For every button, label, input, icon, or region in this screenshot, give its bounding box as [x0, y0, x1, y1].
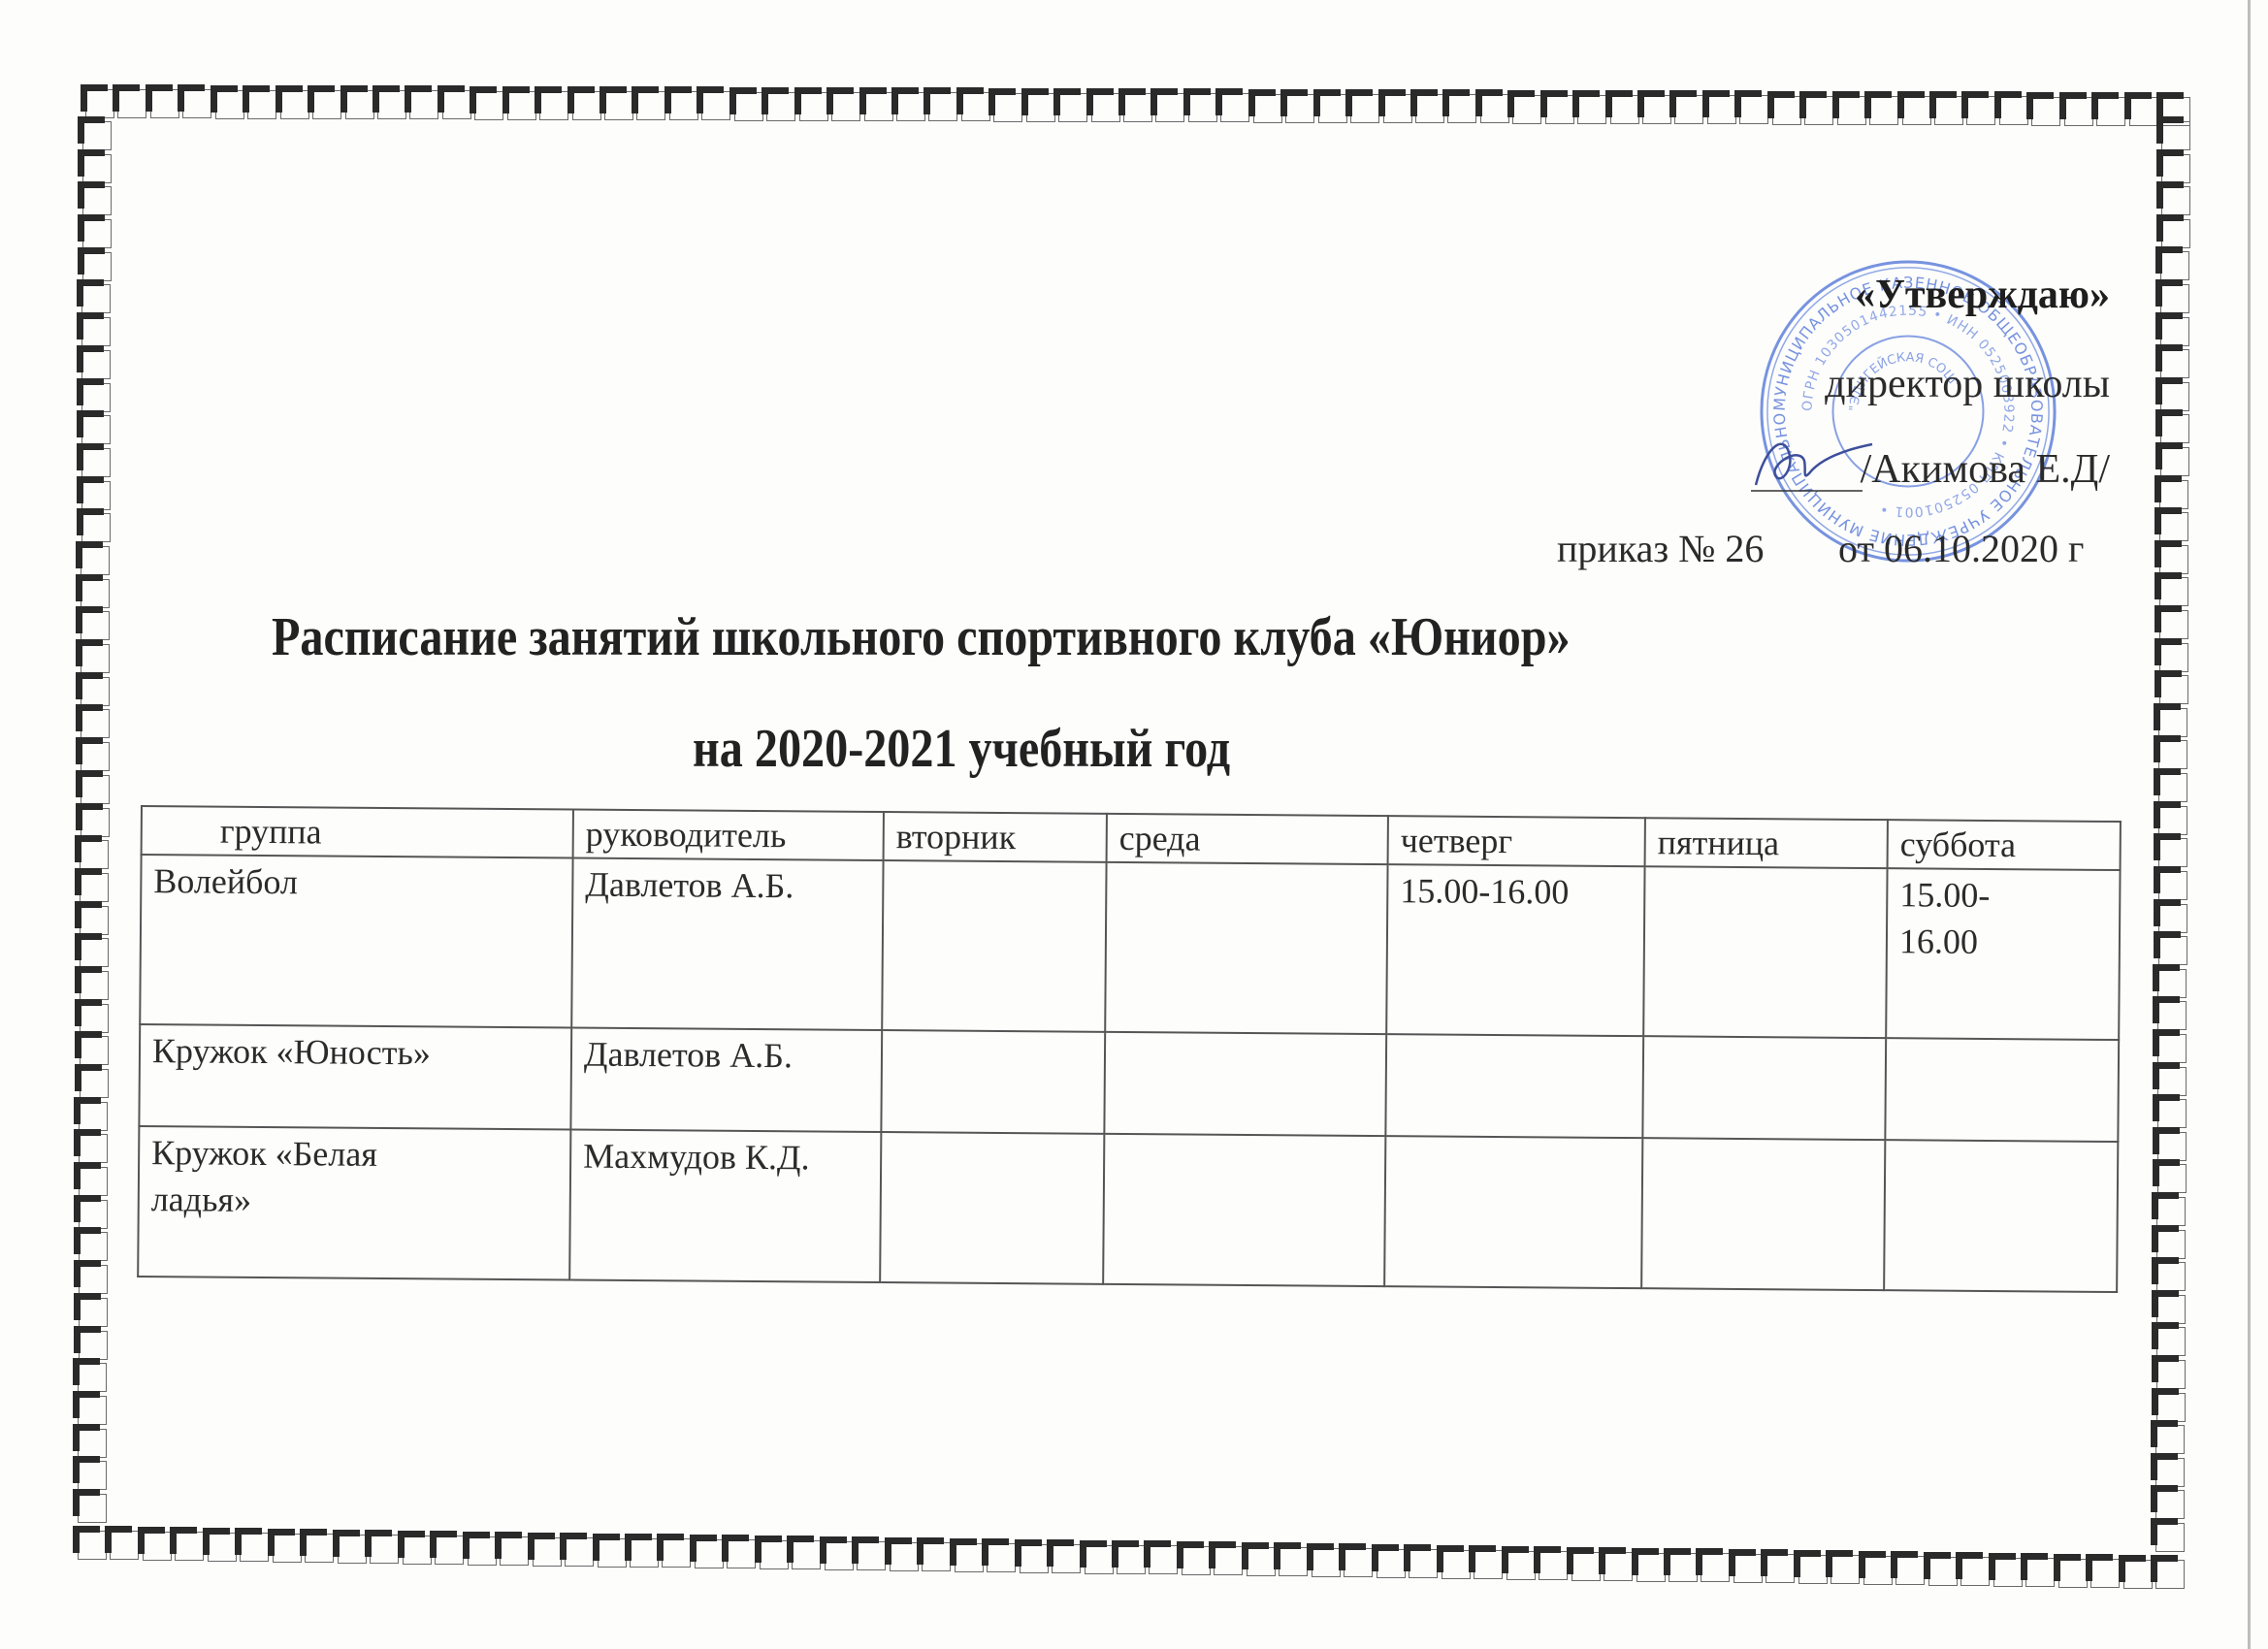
border-box [81, 742, 110, 771]
border-box [1123, 93, 1152, 122]
border-box [370, 1535, 399, 1564]
border-box [922, 1542, 951, 1571]
border-box [79, 1298, 108, 1327]
border-box [2160, 251, 2189, 280]
border-box [1312, 1548, 1341, 1577]
border-box [80, 1036, 109, 1065]
border-box [1669, 1553, 1698, 1582]
border-box [81, 317, 111, 346]
border-box [435, 1536, 464, 1565]
border-box [143, 1532, 172, 1561]
border-box [1707, 95, 1736, 124]
border-box [604, 91, 633, 120]
border-box [110, 1531, 139, 1560]
border-box [81, 383, 111, 412]
border-box [1220, 93, 1249, 122]
border-box [78, 1494, 107, 1523]
cell-tuesday [880, 1132, 1104, 1284]
border-box [403, 1536, 432, 1565]
cell-tuesday [881, 1030, 1105, 1134]
border-box [82, 121, 112, 150]
border-box [81, 284, 111, 313]
header-group: группа [142, 806, 573, 857]
border-box [2090, 1559, 2120, 1588]
border-box [81, 350, 111, 379]
approver-name: /Акимова Е.Д/ [1861, 446, 2110, 493]
border-box [2161, 186, 2190, 215]
border-box [760, 1540, 789, 1569]
border-box [2158, 708, 2187, 737]
border-box [1999, 96, 2028, 125]
cell-thursday: 15.00-16.00 [1386, 864, 1644, 1036]
border-box [2156, 1327, 2186, 1356]
border-box [727, 1539, 756, 1568]
border-box [1020, 1544, 1049, 1573]
approval-title: «Утверждаю» [1855, 272, 2110, 318]
border-box [1733, 1554, 1763, 1583]
border-box [182, 89, 211, 118]
border-box [1214, 1546, 1243, 1575]
border-box [1739, 95, 1768, 124]
border-box [81, 775, 110, 804]
border-box [1279, 1547, 1308, 1576]
border-box [500, 1536, 529, 1566]
border-box [1377, 1549, 1406, 1578]
border-box [280, 90, 309, 119]
border-box [662, 1538, 691, 1568]
border-box [81, 579, 110, 608]
border-box [78, 1461, 107, 1490]
border-box [1182, 1546, 1211, 1575]
border-box [81, 546, 110, 575]
border-box [831, 92, 860, 121]
border-box [1253, 94, 1282, 123]
border-box [82, 252, 112, 281]
border-box [2160, 447, 2189, 476]
border-box [2161, 121, 2190, 150]
border-box [1085, 1545, 1114, 1574]
border-box [80, 906, 109, 935]
border-box [82, 219, 112, 248]
border-box [701, 91, 730, 120]
border-box [792, 1540, 821, 1569]
schedule-table: группа руководитель вторник среда четвер… [137, 805, 2122, 1293]
border-box [799, 92, 828, 121]
border-box [630, 1538, 659, 1568]
border-box [409, 90, 438, 119]
border-box [2161, 219, 2190, 248]
border-box [2159, 577, 2188, 606]
border-box [78, 1396, 107, 1425]
border-box [240, 1533, 269, 1562]
header-tuesday: вторник [884, 812, 1107, 862]
border-box [208, 1533, 237, 1562]
cell-saturday: 15.00- 16.00 [1886, 868, 2120, 1040]
border-box [1610, 95, 1639, 124]
border-box [987, 1543, 1016, 1572]
page-edge [2248, 0, 2251, 1649]
border-box [1447, 94, 1476, 123]
border-box [890, 1542, 919, 1571]
cell-friday [1641, 1138, 1885, 1290]
border-box [1512, 95, 1541, 124]
border-box [1934, 96, 1963, 125]
border-box [2158, 904, 2187, 933]
header-leader: руководитель [573, 810, 884, 861]
cell-group: Кружок «Белая ладья» [138, 1126, 570, 1279]
cell-group: Волейбол [140, 855, 572, 1027]
border-box [1155, 93, 1184, 122]
border-box [2160, 284, 2189, 313]
border-box [825, 1541, 854, 1570]
border-box [864, 92, 893, 121]
cell-group: Кружок «Юность» [139, 1024, 571, 1129]
cell-wednesday [1105, 862, 1387, 1034]
border-box [533, 1537, 562, 1567]
border-box [734, 92, 763, 121]
border-box [81, 709, 110, 738]
cell-thursday [1384, 1136, 1642, 1288]
border-box [1247, 1547, 1276, 1576]
table-row: Кружок «Юность» Давлетов А.Б. [139, 1024, 2119, 1142]
border-box [474, 91, 503, 120]
border-box [1798, 1555, 1828, 1584]
border-box [1117, 1545, 1146, 1574]
order-date: от 06.10.2020 г [1838, 526, 2084, 571]
border-box [80, 938, 109, 967]
border-box [2155, 1490, 2185, 1519]
border-box [2156, 1393, 2186, 1422]
border-box [2157, 1132, 2187, 1161]
border-box [1474, 1550, 1503, 1579]
border-box [150, 89, 179, 118]
border-box [80, 840, 109, 869]
border-box [1507, 1551, 1536, 1580]
border-box [79, 1265, 108, 1294]
order-number: приказ № 26 [1557, 526, 1764, 571]
border-box [2157, 1001, 2187, 1030]
border-box [81, 644, 110, 673]
border-box [1409, 1549, 1438, 1578]
border-box [1837, 96, 1866, 125]
border-box [78, 1363, 107, 1392]
border-box [598, 1538, 627, 1568]
table-row: Волейбол Давлетов А.Б. 15.00-16.00 15.00… [140, 855, 2120, 1040]
border-box [81, 611, 110, 640]
border-box [1960, 1557, 1990, 1586]
border-box [82, 154, 112, 183]
border-box [1604, 1552, 1633, 1581]
border-box [312, 90, 341, 119]
border-box [1804, 96, 1833, 125]
border-box [1188, 93, 1217, 122]
border-box [442, 90, 471, 119]
border-box [1571, 1552, 1601, 1581]
border-box [1442, 1550, 1471, 1579]
border-box [2157, 1164, 2187, 1193]
border-box [81, 808, 110, 837]
border-box [961, 92, 990, 121]
border-box [2160, 382, 2189, 411]
border-box [2158, 838, 2187, 867]
border-box [1350, 94, 1379, 123]
border-box [539, 91, 568, 120]
cell-tuesday [882, 860, 1106, 1032]
border-box [955, 1543, 984, 1572]
cell-saturday [1885, 1038, 2119, 1142]
border-box [1701, 1553, 1730, 1582]
border-box [1902, 96, 1931, 125]
border-box [2156, 1360, 2186, 1389]
border-box [1318, 94, 1347, 123]
cell-thursday [1385, 1034, 1643, 1138]
border-box [81, 448, 111, 477]
approver-role: директор школы [1825, 361, 2110, 407]
border-box [81, 677, 110, 706]
border-box [175, 1532, 204, 1561]
border-box [2129, 97, 2158, 126]
border-box [82, 186, 112, 215]
border-box [896, 92, 925, 121]
border-box [1052, 1544, 1081, 1573]
border-box [2157, 1099, 2187, 1128]
border-box [345, 90, 374, 119]
border-box [2158, 773, 2187, 802]
cell-friday [1643, 866, 1887, 1038]
border-box [468, 1536, 497, 1566]
border-box [2031, 97, 2060, 126]
border-box [1026, 93, 1055, 122]
border-box [2159, 512, 2188, 541]
cell-leader: Махмудов К.Д. [569, 1129, 881, 1282]
border-box [2158, 806, 2187, 835]
border-box [2160, 414, 2189, 443]
border-box [2161, 154, 2190, 183]
border-box [1545, 95, 1574, 124]
document-title: Расписание занятий школьного спортивного… [272, 606, 1571, 668]
border-box [993, 93, 1022, 122]
border-box [2158, 871, 2187, 900]
border-box [78, 1531, 107, 1560]
border-box [1869, 96, 1898, 125]
border-box [2159, 545, 2188, 574]
header-friday: пятница [1645, 818, 1888, 868]
border-box [2155, 1458, 2185, 1487]
document-subtitle: на 2020-2021 учебный год [693, 718, 1230, 780]
border-box [669, 91, 698, 120]
border-box [80, 873, 109, 902]
border-box [2156, 1262, 2186, 1291]
border-box [572, 91, 601, 120]
border-box [2155, 1523, 2185, 1552]
border-box [80, 971, 109, 1000]
border-box [2160, 317, 2189, 346]
border-box [2156, 1230, 2186, 1259]
border-box [215, 90, 244, 119]
border-box [2158, 936, 2187, 965]
cell-leader: Давлетов А.Б. [570, 1027, 882, 1132]
border-box [1766, 1554, 1795, 1583]
border-box [1058, 93, 1087, 122]
border-box [1674, 95, 1703, 124]
border-box [79, 1232, 108, 1261]
border-box [1577, 95, 1606, 124]
cell-wednesday [1104, 1032, 1386, 1136]
border-box [78, 1429, 107, 1458]
border-box [1149, 1545, 1178, 1574]
border-box [2157, 969, 2187, 998]
border-box [1480, 94, 1509, 123]
cell-friday [1642, 1036, 1886, 1140]
border-box [695, 1539, 724, 1568]
cell-saturday [1884, 1140, 2118, 1292]
border-box [79, 1331, 108, 1360]
header-wednesday: среда [1107, 814, 1388, 864]
border-box [1863, 1556, 1893, 1585]
border-box [273, 1534, 302, 1563]
border-box [338, 1535, 367, 1564]
border-box [81, 415, 111, 444]
border-box [80, 1069, 109, 1098]
border-box [81, 513, 111, 542]
border-box [565, 1537, 594, 1567]
border-box [1415, 94, 1444, 123]
border-box [2123, 1560, 2153, 1589]
cell-leader: Давлетов А.Б. [571, 858, 883, 1031]
border-box [2025, 1558, 2055, 1587]
border-box [507, 91, 536, 120]
border-box [79, 1134, 108, 1163]
border-box [79, 1200, 108, 1229]
border-box [1344, 1548, 1373, 1577]
border-box [80, 1004, 109, 1033]
border-box [2058, 1559, 2088, 1588]
border-box [2159, 643, 2188, 672]
border-box [2157, 1034, 2187, 1063]
border-box [2159, 610, 2188, 639]
border-box [857, 1541, 886, 1570]
border-box [2096, 97, 2125, 126]
border-box [2156, 1197, 2186, 1226]
border-box [1993, 1558, 2023, 1587]
border-box [1285, 94, 1314, 123]
border-box [85, 89, 114, 118]
cell-wednesday [1103, 1134, 1385, 1286]
border-box [766, 92, 795, 121]
border-box [2160, 349, 2189, 378]
border-box [1091, 93, 1120, 122]
border-box [1539, 1551, 1568, 1580]
border-box [2155, 1425, 2185, 1454]
border-box [1928, 1557, 1958, 1586]
border-box [1383, 94, 1412, 123]
border-box [2156, 1295, 2186, 1324]
border-box [2155, 1560, 2185, 1589]
border-box [305, 1534, 334, 1563]
border-box [117, 89, 146, 118]
border-box [1966, 96, 1995, 125]
border-box [636, 91, 665, 120]
header-thursday: четверг [1388, 816, 1645, 866]
border-box [2158, 740, 2187, 769]
border-box [1772, 96, 1801, 125]
border-box [79, 1102, 108, 1131]
border-box [1895, 1556, 1925, 1585]
border-box [1642, 95, 1671, 124]
border-box [2157, 1067, 2187, 1096]
table-row: Кружок «Белая ладья» Махмудов К.Д. [138, 1126, 2118, 1292]
border-box [377, 90, 406, 119]
border-box [1636, 1553, 1666, 1582]
border-box [928, 92, 957, 121]
signature-icon [1746, 427, 1882, 495]
border-box [79, 1167, 108, 1196]
border-box [247, 90, 276, 119]
border-box [1831, 1555, 1860, 1584]
border-box [2064, 97, 2093, 126]
border-box [2159, 675, 2188, 704]
border-box [2159, 480, 2188, 509]
header-saturday: суббота [1888, 820, 2121, 870]
border-box [81, 481, 111, 510]
